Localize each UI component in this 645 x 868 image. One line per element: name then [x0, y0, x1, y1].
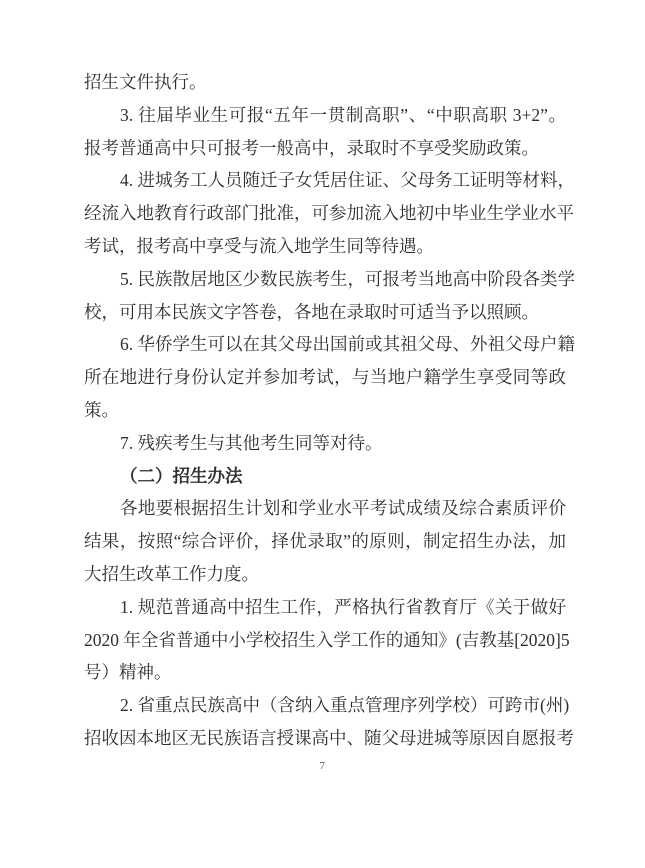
text-line: 2020 年全省普通中小学校招生入学工作的通知》(吉教基[2020]5 [84, 624, 566, 657]
text-line: 2. 省重点民族高中（含纳入重点管理序列学校）可跨市(州) [84, 689, 566, 722]
document-page: 招生文件执行。3. 往届毕业生可报“五年一贯制高职”、“中职高职 3+2”。报考… [0, 0, 645, 868]
text-line: 校，可用本民族文字答卷，各地在录取时可适当予以照顾。 [84, 296, 566, 329]
text-line: 招收因本地区无民族语言授课高中、随父母进城等原因自愿报考 [84, 722, 566, 755]
text-line: 号）精神。 [84, 656, 566, 689]
text-line: 1. 规范普通高中招生工作，严格执行省教育厅《关于做好 [84, 591, 566, 624]
text-line: 各地要根据招生计划和学业水平考试成绩及综合素质评价 [84, 492, 566, 525]
text-line: 结果，按照“综合评价，择优录取”的原则，制定招生办法，加 [84, 525, 566, 558]
text-line: 招生文件执行。 [84, 66, 566, 99]
text-line: 报考普通高中只可报考一般高中，录取时不享受奖励政策。 [84, 132, 566, 165]
text-line: 策。 [84, 394, 566, 427]
text-line: 7. 残疾考生与其他考生同等对待。 [84, 427, 566, 460]
document-body: 招生文件执行。3. 往届毕业生可报“五年一贯制高职”、“中职高职 3+2”。报考… [84, 66, 566, 755]
text-line: 经流入地教育行政部门批准，可参加流入地初中毕业生学业水平 [84, 197, 566, 230]
text-line: 6. 华侨学生可以在其父母出国前或其祖父母、外祖父母户籍 [84, 328, 566, 361]
text-line: 5. 民族散居地区少数民族考生，可报考当地高中阶段各类学 [84, 263, 566, 296]
text-line: 考试，报考高中享受与流入地学生同等待遇。 [84, 230, 566, 263]
text-line: 4. 进城务工人员随迁子女凭居住证、父母务工证明等材料， [84, 164, 566, 197]
text-line: 所在地进行身份认定并参加考试，与当地户籍学生享受同等政 [84, 361, 566, 394]
page-number: 7 [0, 760, 645, 772]
text-line: 3. 往届毕业生可报“五年一贯制高职”、“中职高职 3+2”。 [84, 99, 566, 132]
text-line: （二）招生办法 [84, 460, 566, 493]
text-line: 大招生改革工作力度。 [84, 558, 566, 591]
